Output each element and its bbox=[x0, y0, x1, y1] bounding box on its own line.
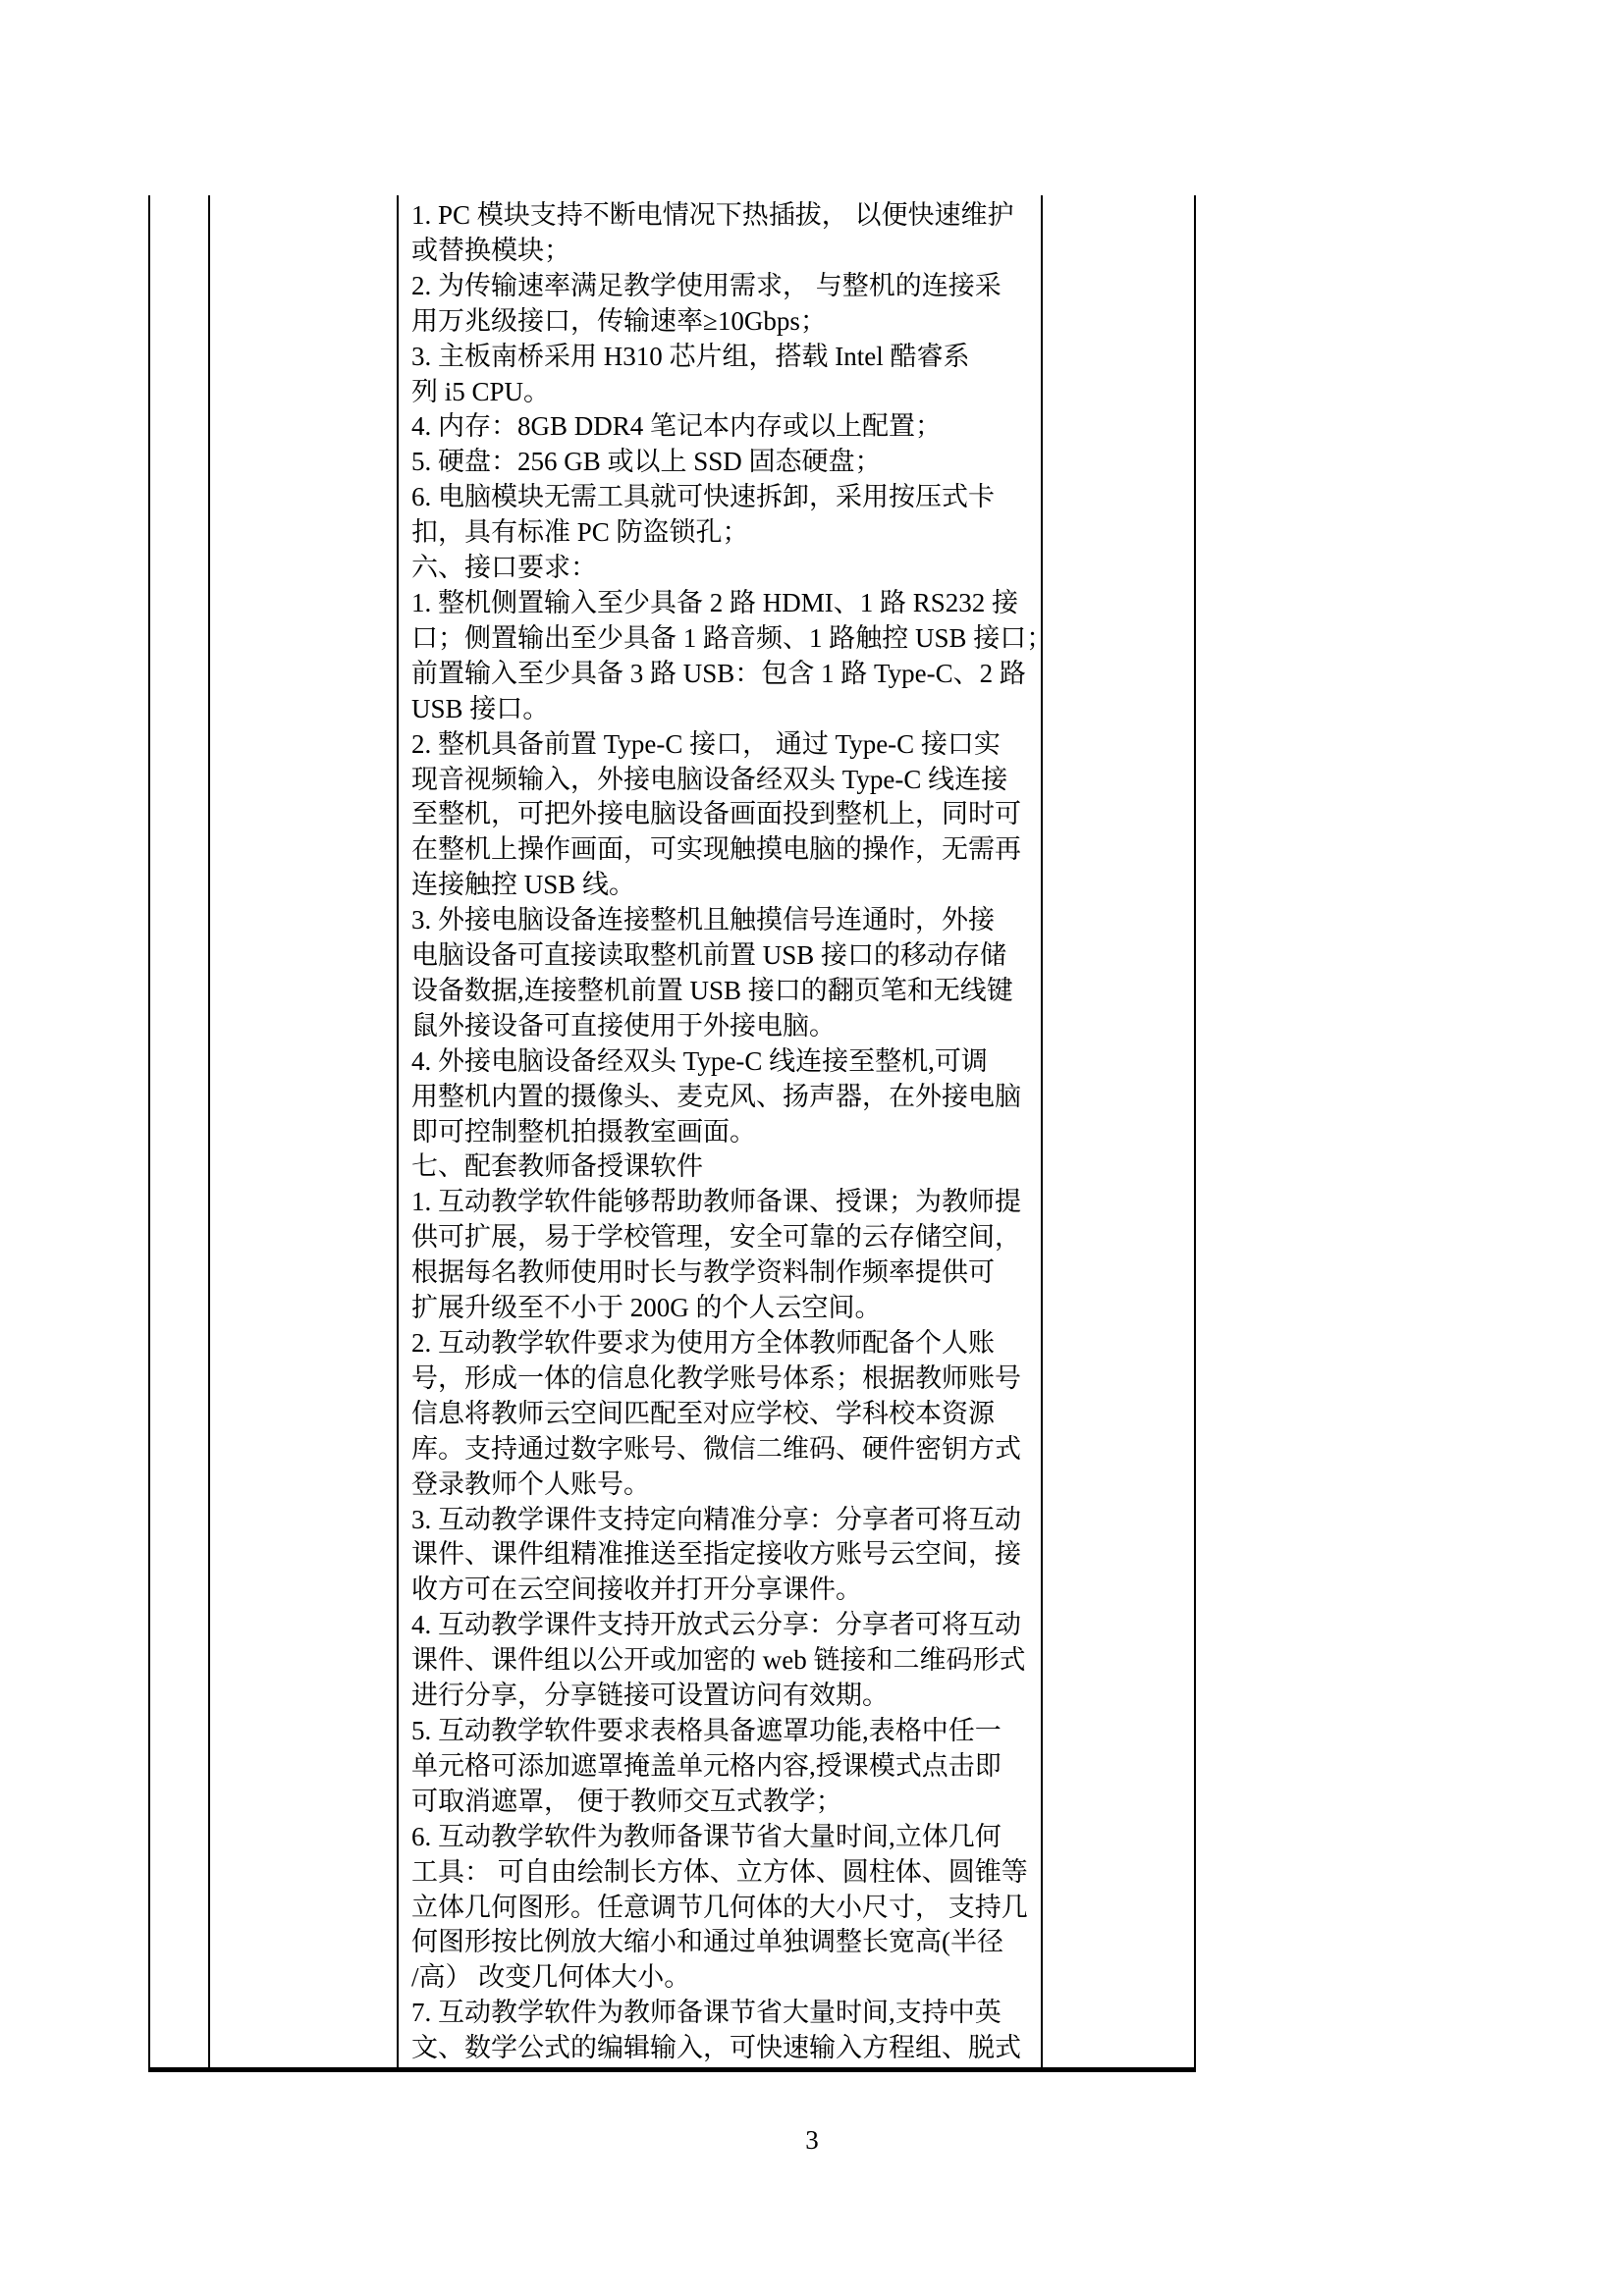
spec-line: 列 i5 CPU。 bbox=[411, 375, 1031, 410]
spec-line: 工具： 可自由绘制长方体、立方体、圆柱体、圆锥等 bbox=[411, 1855, 1031, 1891]
spec-line: 扣，具有标准 PC 防盗锁孔； bbox=[411, 515, 1031, 551]
spec-table: 1. PC 模块支持不断电情况下热插拔， 以便快速维护或替换模块；2. 为传输速… bbox=[148, 195, 1196, 2072]
page-number: 3 bbox=[0, 2122, 1624, 2158]
spec-line: 何图形按比例放大缩小和通过单独调整长宽高(半径 bbox=[411, 1925, 1031, 1960]
spec-line: 5. 硬盘：256 GB 或以上 SSD 固态硬盘； bbox=[411, 445, 1031, 480]
spec-line: USB 接口。 bbox=[411, 692, 1031, 727]
spec-line: 立体几何图形。任意调节几何体的大小尺寸， 支持几 bbox=[411, 1891, 1031, 1926]
spec-line: 4. 互动教学课件支持开放式云分享：分享者可将互动 bbox=[411, 1608, 1031, 1643]
spec-line: 七、配套教师备授课软件 bbox=[411, 1149, 1031, 1185]
spec-line: 或替换模块； bbox=[411, 234, 1031, 269]
spec-line: 用万兆级接口，传输速率≥10Gbps； bbox=[411, 304, 1031, 340]
spec-line: 课件、课件组以公开或加密的 web 链接和二维码形式 bbox=[411, 1643, 1031, 1679]
spec-line: 1. 互动教学软件能够帮助教师备课、授课；为教师提 bbox=[411, 1185, 1031, 1220]
spec-line: 连接触控 USB 线。 bbox=[411, 868, 1031, 903]
spec-line: 电脑设备可直接读取整机前置 USB 接口的移动存储 bbox=[411, 938, 1031, 974]
spec-line: 收方可在云空间接收并打开分享课件。 bbox=[411, 1573, 1031, 1608]
spec-line: 6. 电脑模块无需工具就可快速拆卸，采用按压式卡 bbox=[411, 480, 1031, 515]
spec-line: 4. 内存：8GB DDR4 笔记本内存或以上配置； bbox=[411, 409, 1031, 445]
spec-line: 现音视频输入，外接电脑设备经双头 Type-C 线连接 bbox=[411, 763, 1031, 798]
spec-line: 5. 互动教学软件要求表格具备遮罩功能,表格中任一 bbox=[411, 1714, 1031, 1749]
spec-line: 1. PC 模块支持不断电情况下热插拔， 以便快速维护 bbox=[411, 198, 1031, 234]
spec-line: 3. 主板南桥采用 H310 芯片组，搭载 Intel 酷睿系 bbox=[411, 340, 1031, 375]
spec-line: 库。支持通过数字账号、微信二维码、硬件密钥方式 bbox=[411, 1432, 1031, 1468]
spec-line: 2. 为传输速率满足教学使用需求， 与整机的连接采 bbox=[411, 269, 1031, 304]
spec-line: 即可控制整机拍摄教室画面。 bbox=[411, 1115, 1031, 1150]
table-cell-empty-left-2 bbox=[208, 195, 397, 2067]
spec-line: 口；侧置输出至少具备 1 路音频、1 路触控 USB 接口； bbox=[411, 621, 1031, 657]
spec-line: 供可扩展，易于学校管理，安全可靠的云存储空间， bbox=[411, 1220, 1031, 1255]
spec-line: 根据每名教师使用时长与教学资料制作频率提供可 bbox=[411, 1255, 1031, 1291]
spec-line: 号，形成一体的信息化教学账号体系；根据教师账号 bbox=[411, 1362, 1031, 1397]
spec-text: 1. PC 模块支持不断电情况下热插拔， 以便快速维护或替换模块；2. 为传输速… bbox=[399, 195, 1041, 2066]
spec-line: 可取消遮罩， 便于教师交互式教学； bbox=[411, 1785, 1031, 1820]
spec-line: 课件、课件组精准推送至指定接收方账号云空间，接 bbox=[411, 1537, 1031, 1573]
spec-line: 前置输入至少具备 3 路 USB：包含 1 路 Type-C、2 路 bbox=[411, 657, 1031, 692]
spec-line: 设备数据,连接整机前置 USB 接口的翻页笔和无线键 bbox=[411, 974, 1031, 1009]
table-cell-empty-right bbox=[1041, 195, 1194, 2067]
spec-line: 2. 整机具备前置 Type-C 接口， 通过 Type-C 接口实 bbox=[411, 727, 1031, 763]
spec-line: 扩展升级至不小于 200G 的个人云空间。 bbox=[411, 1291, 1031, 1326]
spec-line: 在整机上操作画面，可实现触摸电脑的操作，无需再 bbox=[411, 832, 1031, 868]
spec-line: 鼠外接设备可直接使用于外接电脑。 bbox=[411, 1009, 1031, 1044]
spec-line: 2. 互动教学软件要求为使用方全体教师配备个人账 bbox=[411, 1326, 1031, 1362]
spec-line: 用整机内置的摄像头、麦克风、扬声器，在外接电脑 bbox=[411, 1080, 1031, 1115]
spec-line: 7. 互动教学软件为教师备课节省大量时间,支持中英 bbox=[411, 1996, 1031, 2031]
table-cell-specifications: 1. PC 模块支持不断电情况下热插拔， 以便快速维护或替换模块；2. 为传输速… bbox=[397, 195, 1041, 2067]
spec-line: 6. 互动教学软件为教师备课节省大量时间,立体几何 bbox=[411, 1820, 1031, 1855]
spec-line: 3. 外接电脑设备连接整机且触摸信号连通时，外接 bbox=[411, 903, 1031, 938]
spec-line: 1. 整机侧置输入至少具备 2 路 HDMI、1 路 RS232 接 bbox=[411, 586, 1031, 621]
spec-line: 至整机，可把外接电脑设备画面投到整机上，同时可 bbox=[411, 797, 1031, 832]
spec-line: 单元格可添加遮罩掩盖单元格内容,授课模式点击即 bbox=[411, 1749, 1031, 1785]
spec-line: 进行分享，分享链接可设置访问有效期。 bbox=[411, 1679, 1031, 1714]
spec-line: 4. 外接电脑设备经双头 Type-C 线连接至整机,可调 bbox=[411, 1044, 1031, 1080]
spec-line: 六、接口要求： bbox=[411, 551, 1031, 586]
table-cell-empty-left-1 bbox=[150, 195, 208, 2067]
spec-line: 信息将教师云空间匹配至对应学校、学科校本资源 bbox=[411, 1397, 1031, 1432]
spec-line: 登录教师个人账号。 bbox=[411, 1468, 1031, 1503]
spec-line: 文、数学公式的编辑输入，可快速输入方程组、脱式 bbox=[411, 2031, 1031, 2066]
spec-line: /高） 改变几何体大小。 bbox=[411, 1960, 1031, 1996]
spec-line: 3. 互动教学课件支持定向精准分享：分享者可将互动 bbox=[411, 1503, 1031, 1538]
